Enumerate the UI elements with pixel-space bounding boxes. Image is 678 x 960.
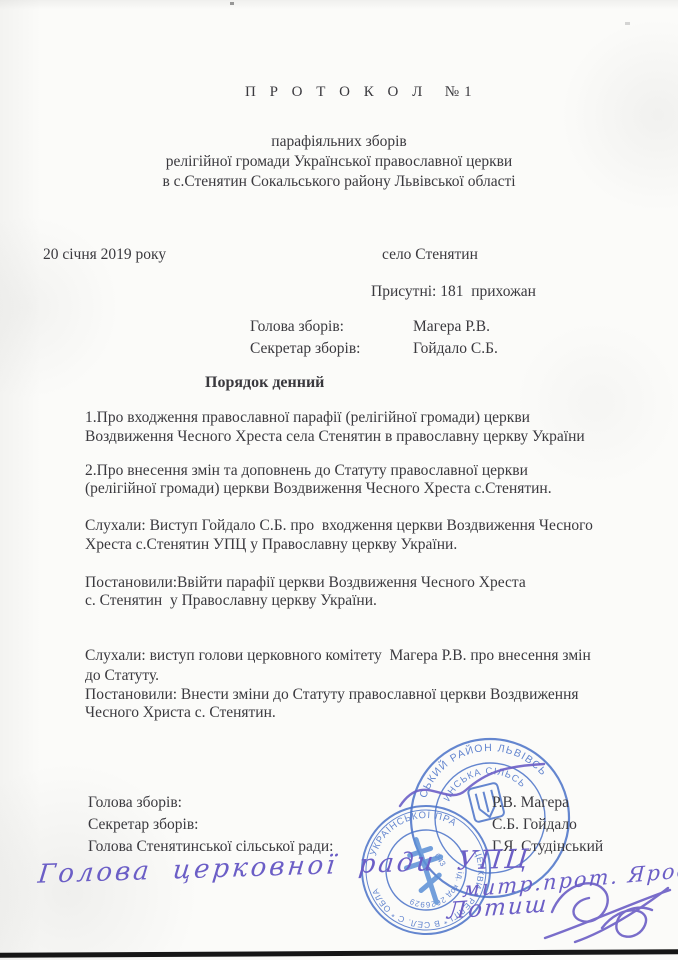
scan-speck: [625, 22, 630, 25]
scanned-protocol-page: П Р О Т О К О Л №1 парафіяльних зборів р…: [0, 0, 678, 960]
body-line: Постановили: Внести зміни до Статуту пра…: [85, 685, 579, 705]
body-line: до Статуту.: [85, 666, 159, 686]
body-line: Хреста с.Стенятин УПЦ у Православну церк…: [85, 535, 457, 555]
document-title: П Р О Т О К О Л №1: [245, 82, 477, 102]
signatory-role: Секретар зборів:: [88, 815, 198, 835]
subtitle-line: релігійної громади Української православ…: [0, 152, 678, 172]
official-name: Гойдало С.Б.: [413, 339, 498, 359]
body-line: Слухали: Виступ Гойдало С.Б. про входжен…: [85, 516, 593, 536]
body-line: Слухали: виступ голови церковного коміте…: [85, 646, 591, 666]
date-text: 20 січня 2019 року: [43, 245, 166, 265]
signatory-role: Голова зборів:: [88, 793, 182, 813]
official-role: Секретар зборів:: [250, 339, 360, 359]
agenda-heading: Порядок денний: [205, 373, 324, 393]
scan-speck: [230, 2, 234, 5]
subtitle-line: в с.Стенятин Сокальського району Львівсь…: [0, 172, 678, 192]
official-role: Голова зборів:: [250, 317, 344, 337]
signatory-name: Р.В. Магера: [492, 793, 569, 813]
document-subtitle: парафіяльних зборів релігійної громади У…: [0, 132, 678, 192]
place-text: село Стенятин: [382, 245, 478, 265]
body-line: 2.Про внесення змін та доповнень до Стат…: [85, 461, 528, 481]
official-name: Магера Р.В.: [413, 317, 490, 337]
body-line: с. Стенятин у Православну церкву України…: [85, 591, 377, 611]
body-line: Чесного Христа с. Стенятин.: [85, 703, 276, 723]
body-line: 1.Про входження православної парафії (ре…: [85, 408, 530, 428]
body-line: Воздвиження Чесного Хреста села Стенятин…: [85, 427, 585, 447]
scan-edge-line: [0, 949, 678, 958]
signature-flourish: [575, 888, 668, 942]
signature-flourish: [602, 908, 652, 937]
subtitle-line: парафіяльних зборів: [0, 132, 678, 152]
attendees-text: Присутні: 181 прихожан: [371, 282, 536, 302]
signatory-name: С.Б. Гойдало: [492, 815, 577, 835]
body-line: Постановили:Ввійти парафії церкви Воздви…: [85, 573, 526, 593]
body-line: (релігійної громади) церкви Воздвиження …: [85, 479, 552, 499]
